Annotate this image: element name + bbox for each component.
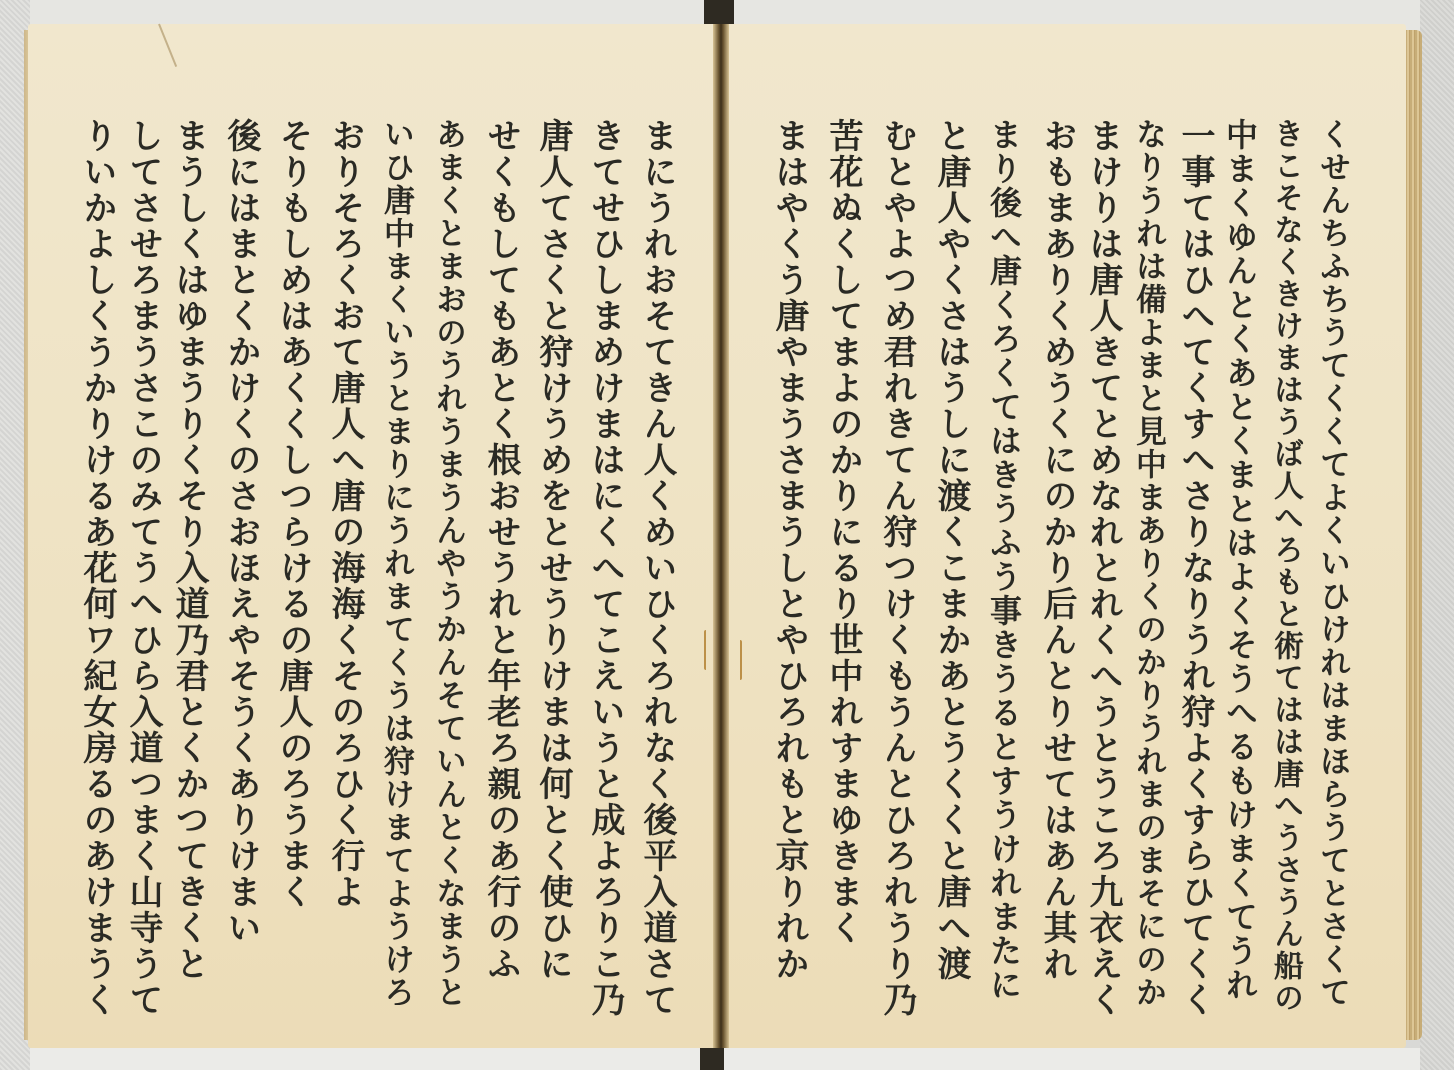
text-column: そりもしめはあくくしつらけるの唐人のろうまく — [276, 118, 310, 910]
text-column: 唐人てさくと狩けうめをとせうりけまは何とく使ひに — [536, 118, 570, 982]
book-gutter — [713, 24, 729, 1048]
text-column: りいかよしくうかりけるあ花何ワ紀女房るのあけまうく — [80, 118, 114, 1018]
text-column: むとやよつめ君れきてん狩つけくもうんとひろれうり乃 — [880, 118, 914, 1018]
paper-stain-right — [736, 640, 742, 680]
text-column: してさせろまうさこのみてうへひら入道つまく山寺うて — [126, 118, 160, 1018]
text-column: まけりは唐人きてとめなれとれくへうとうころ九衣えく — [1086, 118, 1120, 1018]
text-column: あまくとまおのうれうまうんやうかんそていんとくなまうと — [432, 118, 463, 1009]
text-column: きこそなくきけまはうば人へろもと術てはは唐へうさうん船の — [1270, 118, 1300, 1014]
text-column: まり後へ唐くろくてはきうふう事きうるとすうけれまたに — [988, 118, 1020, 1002]
text-column: おりそろくおて唐人へ唐の海海くそのろひく行よ — [328, 118, 362, 910]
text-column: 苦花ぬくしてまよのかりにるり世中れすまゆきまく — [826, 118, 860, 946]
cloth-background-right — [1420, 0, 1454, 1070]
mount-board-bottom — [30, 1048, 1420, 1070]
text-column: まはやくう唐やまうさまうしとやひろれもと京りれか — [772, 118, 806, 982]
text-column: きてせひしまめけまはにくへてこえいうと成よろりこ乃 — [588, 118, 622, 1018]
text-column: いひ唐中まくいうとまりにうれまてくうは狩けまてようけろ — [380, 118, 411, 1009]
text-column: 一事てはひへてくすへさりなりうれ狩よくすらひてくく — [1178, 118, 1212, 1018]
paper-stain-left — [704, 630, 710, 670]
spine-tab-bottom — [700, 1048, 724, 1070]
text-column: まにうれおそてきん人くめいひくろれなく後平入道さて — [640, 118, 674, 1018]
text-column: おもまありくめうくにのかり后んとりせてはあん其れ — [1040, 118, 1074, 982]
text-column: まうしくはゆまうりくそり入道乃君とくかつてきくと — [172, 118, 206, 982]
text-column: と唐人やくさはうしに渡くこまかあとうくくと唐へ渡 — [934, 118, 968, 982]
text-column: なりうれは備よまと見中まありくのかりうれまのまそにのか — [1132, 118, 1163, 1009]
text-column: 後にはまとくかけくのさおほえやそうくありけまい — [224, 118, 258, 946]
text-column: 中まくゆんとくあとくまとはよくそうへるもけまくてうれ — [1224, 118, 1256, 1002]
text-column: せくもしてもあとく根おせうれと年老ろ親のあ行のふ — [484, 118, 518, 982]
text-column: くせんちふちうてくくてよくいひけれはまほらうてとさくて — [1316, 118, 1347, 1009]
